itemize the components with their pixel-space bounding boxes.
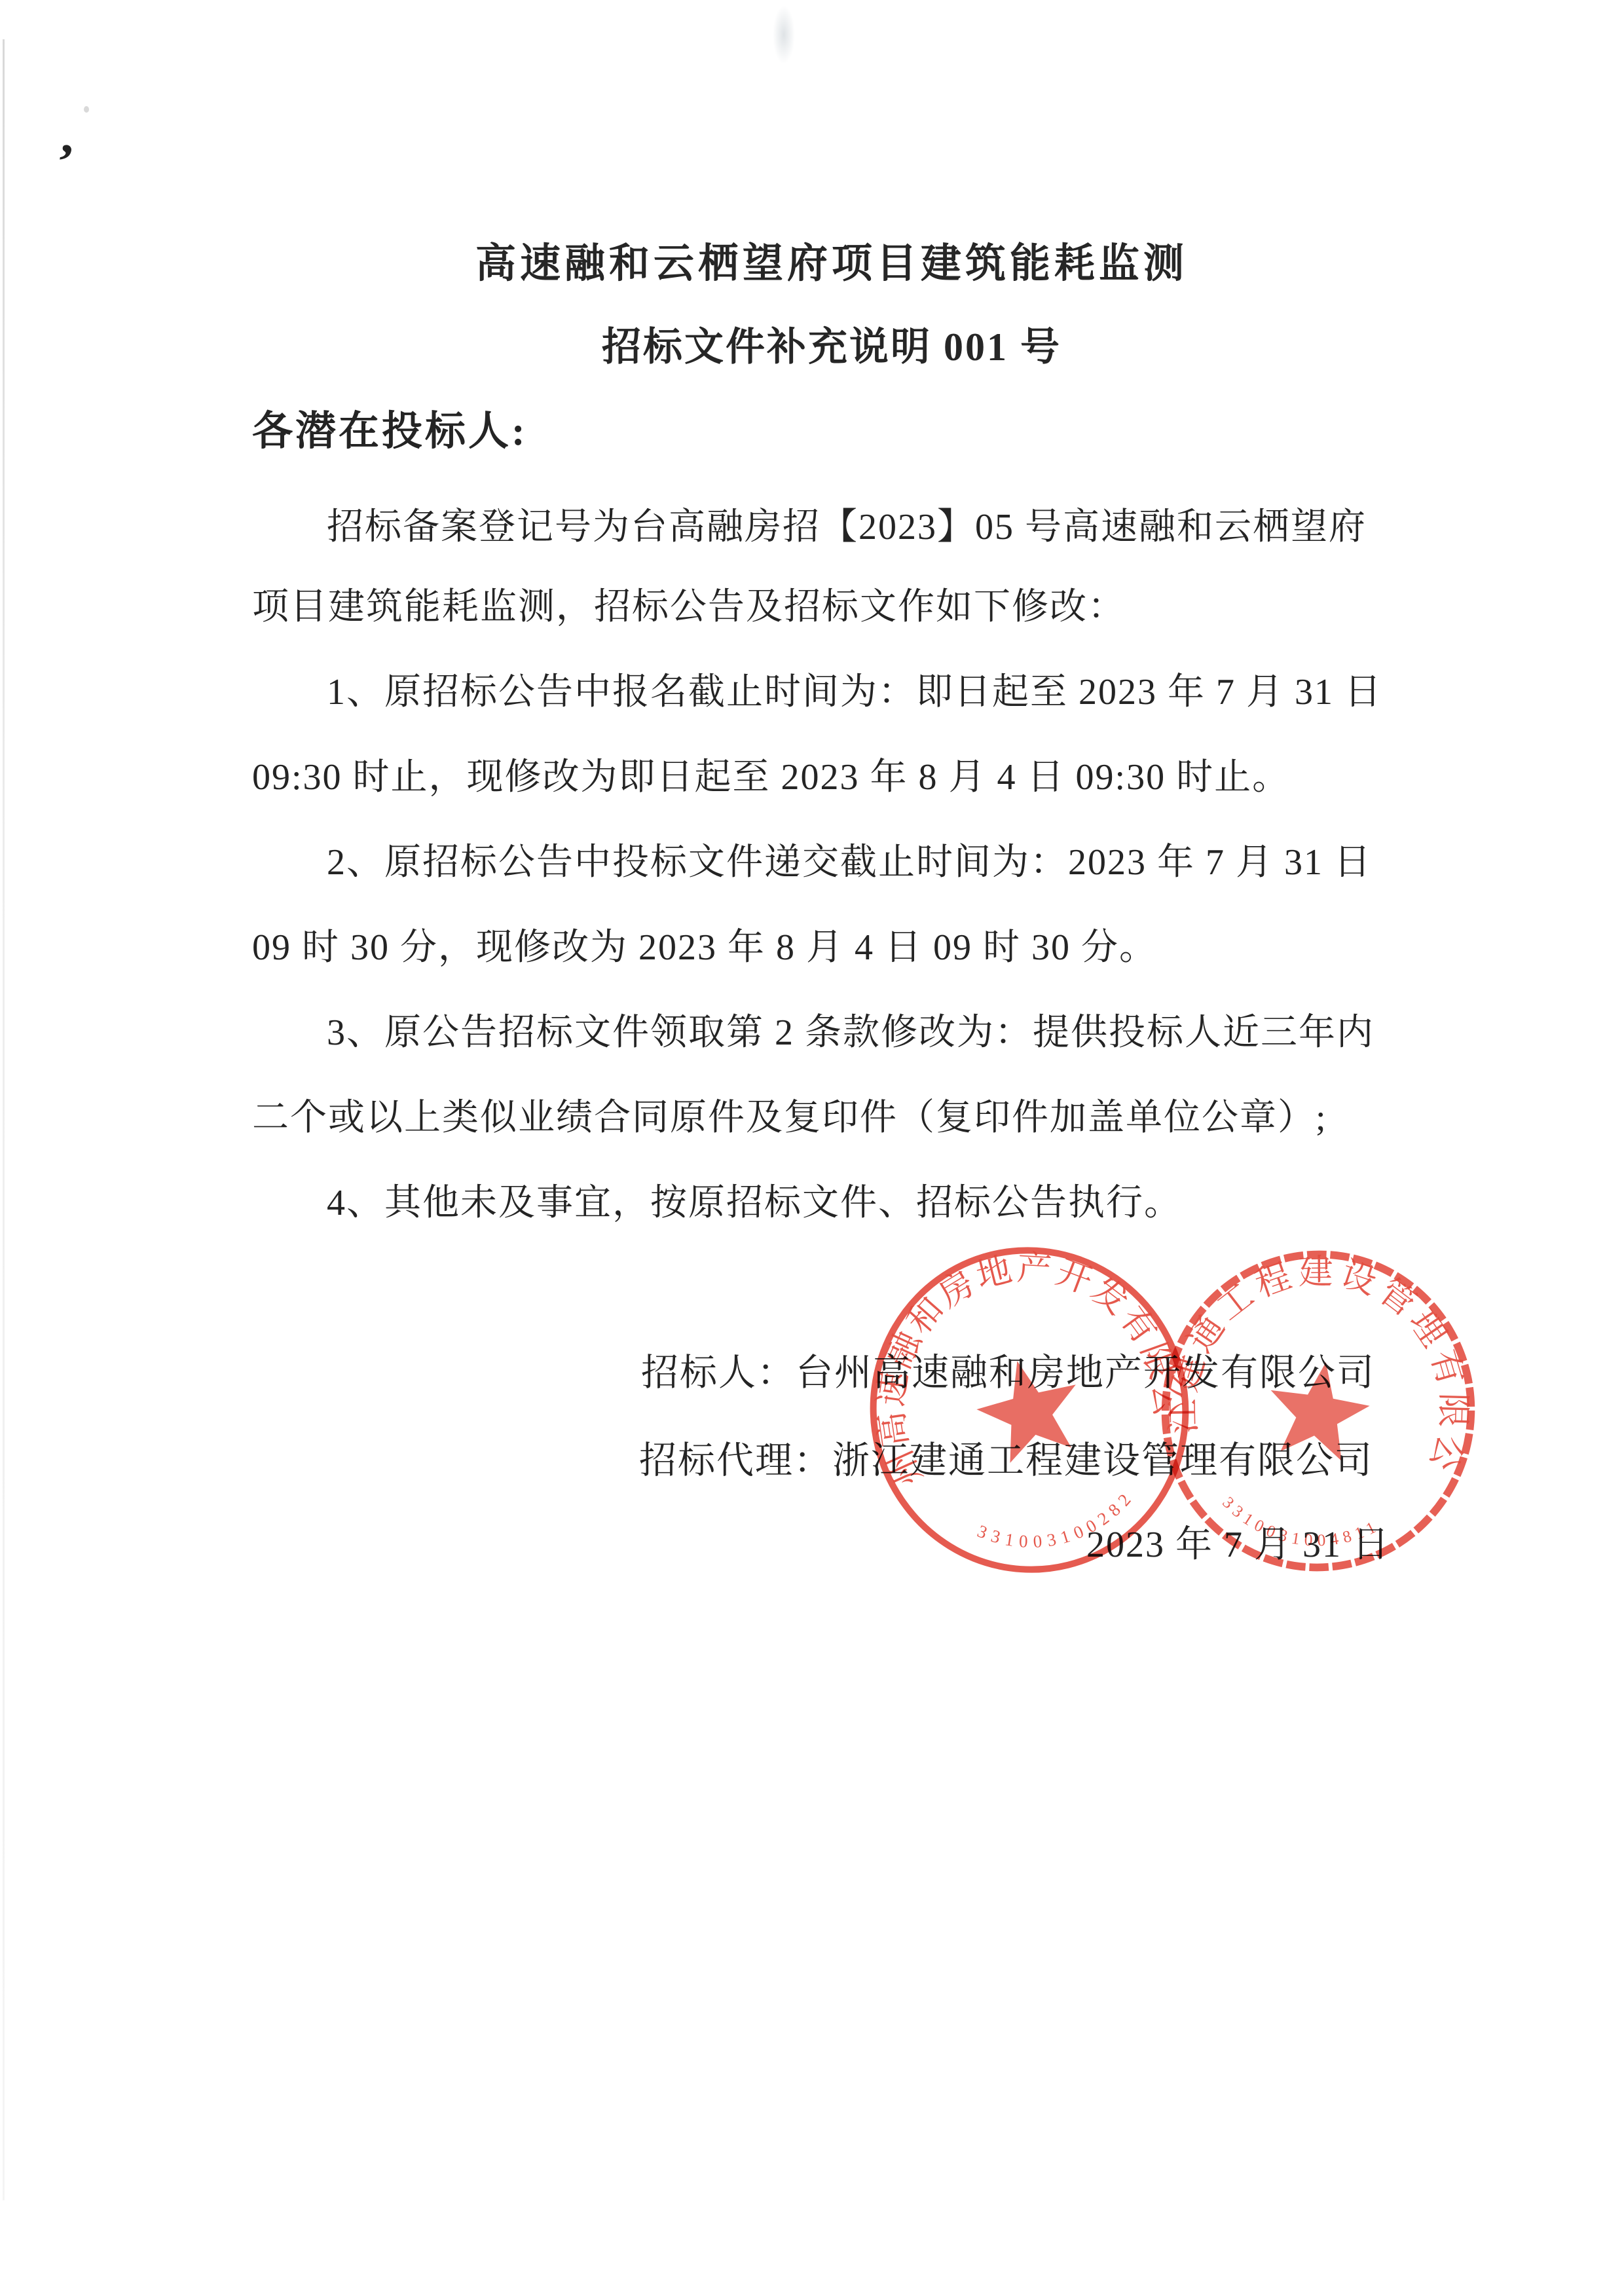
svg-text:浙江建通工程建设管理有限公司: 浙江建通工程建设管理有限公司	[1134, 1223, 1502, 1481]
body-line: 09 时 30 分，现修改为 2023 年 8 月 4 日 09 时 30 分。	[252, 918, 1385, 965]
body-line: 1、原招标公告中报名截止时间为：即日起至 2023 年 7 月 31 日	[252, 663, 1460, 710]
agent-company-seal: 浙江建通工程建设管理有限公司 3310031004811	[1134, 1223, 1503, 1599]
svg-text:3310031004811: 3310031004811	[1214, 1491, 1386, 1561]
stray-ink-mark: ’	[53, 136, 77, 189]
body-line: 09:30 时止，现修改为即日起至 2023 年 8 月 4 日 09:30 时…	[252, 748, 1385, 795]
seal-serial-number: 331003100282	[971, 1483, 1146, 1568]
seal-company-text: 浙江建通工程建设管理有限公司	[1134, 1223, 1502, 1481]
ink-speck	[84, 106, 89, 113]
scan-edge-artifact	[3, 39, 5, 2200]
seal-serial-number: 3310031004811	[1214, 1491, 1386, 1561]
body-line: 招标备案登记号为台高融房招【2023】05 号高速融和云栖望府	[252, 498, 1460, 545]
salutation-line: 各潜在投标人:	[252, 398, 528, 456]
scanned-document-page: ’ 高速融和云栖望府项目建筑能耗监测 招标文件补充说明 001 号 各潜在投标人…	[0, 0, 1624, 2296]
svg-text:331003100282: 331003100282	[971, 1483, 1146, 1568]
scan-smudge-artifact	[773, 5, 795, 64]
seal-star-icon	[968, 1348, 1090, 1468]
seal-star-icon	[1262, 1354, 1376, 1464]
body-line: 3、原公告招标文件领取第 2 条款修改为：提供投标人近三年内	[252, 1003, 1460, 1050]
body-line: 项目建筑能耗监测，招标公告及招标文作如下修改：	[252, 578, 1385, 625]
body-line: 4、其他未及事宜，按原招标文件、招标公告执行。	[252, 1174, 1460, 1221]
document-subtitle: 招标文件补充说明 001 号	[39, 316, 1624, 372]
document-title: 高速融和云栖望府项目建筑能耗监测	[39, 231, 1624, 289]
body-line: 二个或以上类似业绩合同原件及复印件（复印件加盖单位公章）;	[252, 1088, 1385, 1136]
body-line: 2、原招标公告中投标文件递交截止时间为：2023 年 7 月 31 日	[252, 833, 1460, 880]
